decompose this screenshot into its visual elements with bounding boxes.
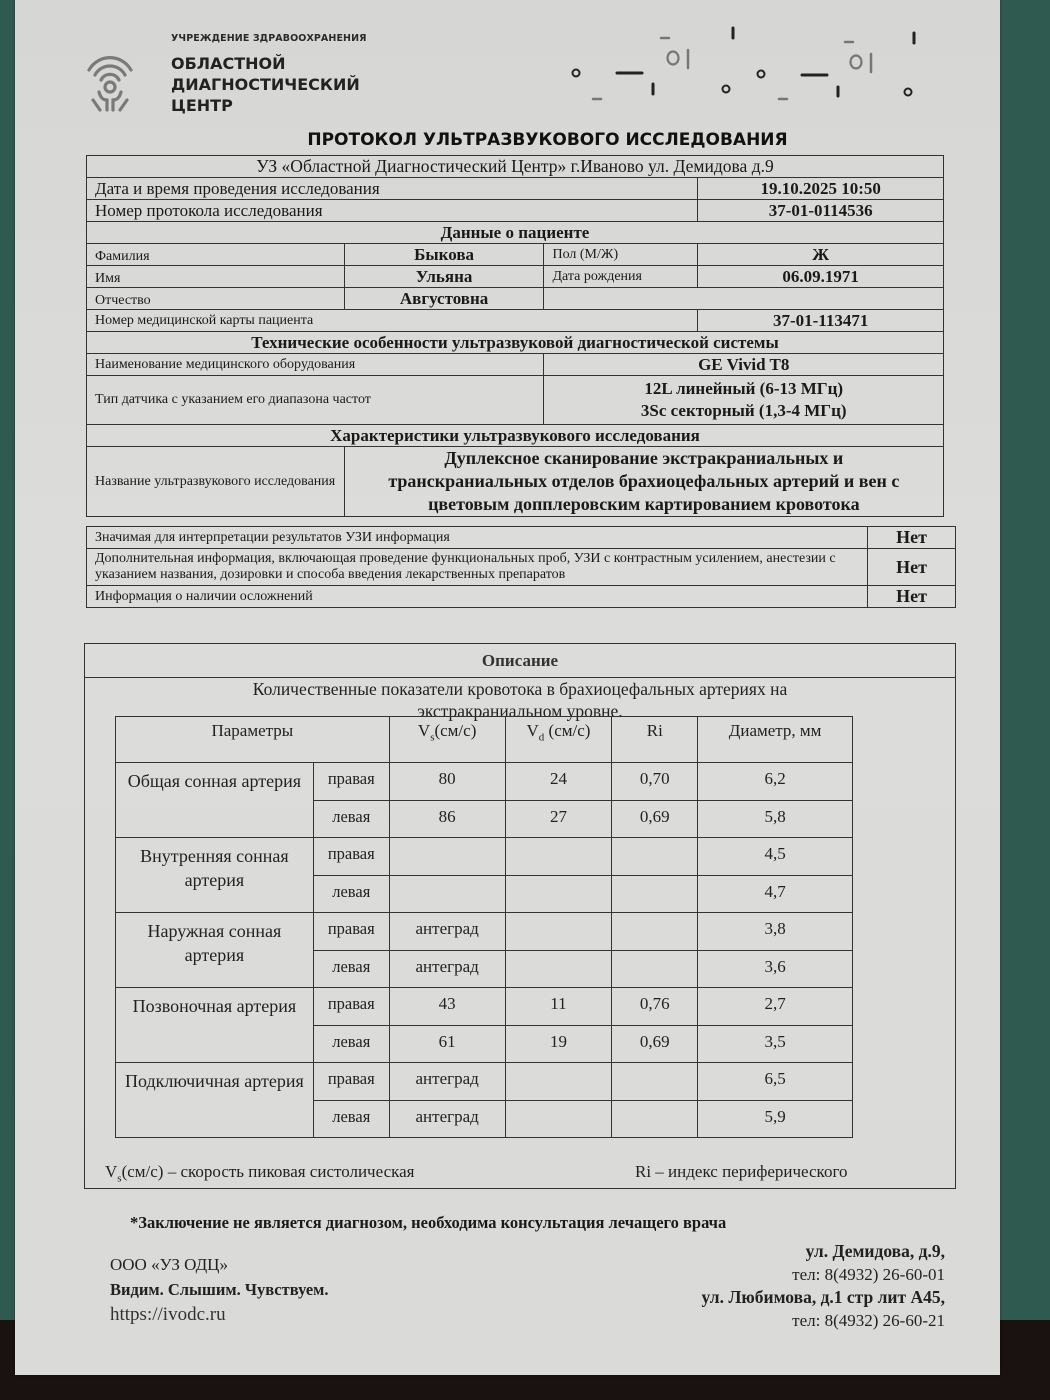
cell-side: правая [313, 988, 389, 1026]
study-name-value: Дуплексное сканирование экстракраниальны… [344, 447, 943, 517]
cell-vs: антеград [389, 913, 505, 951]
exam-datetime-row: Дата и время проведения исследования 19.… [87, 178, 944, 200]
tech-section-row: Технические особенности ультразвуковой д… [87, 332, 944, 354]
signal-waves-person-icon [85, 48, 135, 118]
cell-side: левая [313, 1025, 389, 1063]
table-row: Общая сонная артерияправая80240,706,2 [116, 763, 853, 801]
additional-info-row: Дополнительная информация, включающая пр… [87, 549, 956, 586]
cell-ri: 0,70 [612, 763, 698, 801]
cell-diameter: 5,8 [698, 800, 853, 838]
significant-info-row: Значимая для интерпретации результатов У… [87, 527, 956, 549]
study-name-label: Название ультразвукового исследования [87, 447, 345, 517]
cell-vs: 80 [389, 763, 505, 801]
protocol-number-label: Номер протокола исследования [87, 200, 698, 222]
sex-value: Ж [698, 244, 944, 266]
surname-value: Быкова [344, 244, 544, 266]
cell-side: правая [313, 838, 389, 876]
significant-info-label: Значимая для интерпретации результатов У… [87, 527, 868, 549]
exam-datetime-label: Дата и время проведения исследования [87, 178, 698, 200]
company-name: ООО «УЗ ОДЦ» [110, 1252, 329, 1277]
cell-ri [612, 1063, 698, 1101]
probe-label: Тип датчика с указанием его диапазона ча… [87, 376, 544, 425]
cell-diameter: 6,5 [698, 1063, 853, 1101]
artery-name: Общая сонная артерия [116, 763, 314, 838]
header-ri: Ri [612, 717, 698, 763]
cell-ri: 0,69 [612, 1025, 698, 1063]
cell-vd [505, 1063, 612, 1101]
cell-vs: антеград [389, 1063, 505, 1101]
cell-vd: 24 [505, 763, 612, 801]
protocol-number-value: 37-01-0114536 [698, 200, 944, 222]
company-website-link[interactable]: https://ivodc.ru [110, 1302, 329, 1327]
address-2: ул. Любимова, д.1 стр лит А45, [701, 1286, 945, 1309]
cell-side: правая [313, 913, 389, 951]
institution-row: УЗ «Областной Диагностический Центр» г.И… [87, 156, 944, 178]
cell-diameter: 2,7 [698, 988, 853, 1026]
cell-vs: антеград [389, 1100, 505, 1138]
blood-flow-header-row: Параметры Vs(см/с) Vd (см/с) Ri Диаметр,… [116, 717, 853, 763]
cell-side: правая [313, 763, 389, 801]
name-label: Имя [87, 266, 345, 288]
cell-vd [505, 838, 612, 876]
address-1: ул. Демидова, д.9, [701, 1240, 945, 1263]
patronymic-row: Отчество Августовна [87, 288, 944, 310]
table-row: Внутренняя сонная артерияправая4,5 [116, 838, 853, 876]
cell-vs: 86 [389, 800, 505, 838]
cell-ri: 0,69 [612, 800, 698, 838]
cell-vd [505, 950, 612, 988]
cell-vd [505, 913, 612, 951]
header-vd: Vd (см/с) [505, 717, 612, 763]
artery-name: Внутренняя сонная артерия [116, 838, 314, 913]
equipment-value: GE Vivid T8 [544, 354, 944, 376]
artery-name: Позвоночная артерия [116, 988, 314, 1063]
company-slogan: Видим. Слышим. Чувствуем. [110, 1277, 329, 1302]
equipment-label: Наименование медицинского оборудования [87, 354, 544, 376]
patient-section-row: Данные о пациенте [87, 222, 944, 244]
study-name-row: Название ультразвукового исследования Ду… [87, 447, 944, 517]
cell-vd [505, 875, 612, 913]
probe-linear: 12L линейный (6-13 МГц) [552, 378, 935, 400]
cell-ri [612, 1100, 698, 1138]
complications-value: Нет [868, 586, 956, 608]
legend-ri: Ri – индекс периферического [635, 1162, 848, 1182]
complications-row: Информация о наличии осложнений Нет [87, 586, 956, 608]
card-number-label: Номер медицинской карты пациента [87, 310, 698, 332]
cell-diameter: 4,5 [698, 838, 853, 876]
circles-and-dashes-pattern [560, 20, 930, 110]
cell-diameter: 3,6 [698, 950, 853, 988]
phone-2: тел: 8(4932) 26-60-21 [701, 1309, 945, 1332]
cell-vd [505, 1100, 612, 1138]
cell-side: правая [313, 1063, 389, 1101]
table-row: Наружная сонная артерияправаяантеград3,8 [116, 913, 853, 951]
legend-vs: Vs(см/с) – скорость пиковая систолическа… [105, 1162, 415, 1181]
org-type-label: УЧРЕЖДЕНИЕ ЗДРАВООХРАНЕНИЯ [171, 33, 367, 44]
cell-side: левая [313, 800, 389, 838]
patronymic-label: Отчество [87, 288, 345, 310]
dob-label: Дата рождения [544, 266, 698, 288]
institution-name: УЗ «Областной Диагностический Центр» г.И… [87, 156, 944, 178]
cell-side: левая [313, 1100, 389, 1138]
cell-ri [612, 913, 698, 951]
surname-row: Фамилия Быкова Пол (М/Ж) Ж [87, 244, 944, 266]
study-section-header: Характеристики ультразвукового исследова… [87, 425, 944, 447]
cell-vd: 11 [505, 988, 612, 1026]
surname-label: Фамилия [87, 244, 345, 266]
equipment-row: Наименование медицинского оборудования G… [87, 354, 944, 376]
tech-section-header: Технические особенности ультразвуковой д… [87, 332, 944, 354]
cell-diameter: 3,8 [698, 913, 853, 951]
cell-vd: 19 [505, 1025, 612, 1063]
cell-ri [612, 950, 698, 988]
empty-cell [544, 288, 944, 310]
footer-company: ООО «УЗ ОДЦ» Видим. Слышим. Чувствуем. h… [110, 1252, 329, 1327]
cell-diameter: 6,2 [698, 763, 853, 801]
document-title: ПРОТОКОЛ УЛЬТРАЗВУКОВОГО ИССЛЕДОВАНИЯ [0, 130, 1050, 150]
cell-ri [612, 838, 698, 876]
card-number-value: 37-01-113471 [698, 310, 944, 332]
cell-diameter: 4,7 [698, 875, 853, 913]
protocol-info-table: УЗ «Областной Диагностический Центр» г.И… [86, 155, 944, 517]
cell-ri [612, 875, 698, 913]
cell-vs [389, 875, 505, 913]
cell-vd: 27 [505, 800, 612, 838]
cell-vs: 43 [389, 988, 505, 1026]
header-params: Параметры [116, 717, 390, 763]
artery-name: Подключичная артерия [116, 1063, 314, 1138]
cell-vs [389, 838, 505, 876]
description-section: Описание Количественные показатели крово… [84, 643, 956, 1189]
footer-contacts: ул. Демидова, д.9, тел: 8(4932) 26-60-01… [701, 1240, 945, 1332]
additional-info-table: Значимая для интерпретации результатов У… [86, 526, 956, 608]
exam-datetime-value: 19.10.2025 10:50 [698, 178, 944, 200]
complications-label: Информация о наличии осложнений [87, 586, 868, 608]
cell-diameter: 5,9 [698, 1100, 853, 1138]
card-number-row: Номер медицинской карты пациента 37-01-1… [87, 310, 944, 332]
header-vs: Vs(см/с) [389, 717, 505, 763]
cell-diameter: 3,5 [698, 1025, 853, 1063]
artery-name: Наружная сонная артерия [116, 913, 314, 988]
cell-ri: 0,76 [612, 988, 698, 1026]
patronymic-value: Августовна [344, 288, 544, 310]
protocol-number-row: Номер протокола исследования 37-01-01145… [87, 200, 944, 222]
name-value: Ульяна [344, 266, 544, 288]
disclaimer: *Заключение не является диагнозом, необх… [130, 1213, 726, 1233]
description-title: Описание [85, 644, 955, 678]
cell-side: левая [313, 950, 389, 988]
header-diameter: Диаметр, мм [698, 717, 853, 763]
cell-vs: 61 [389, 1025, 505, 1063]
study-section-row: Характеристики ультразвукового исследова… [87, 425, 944, 447]
cell-side: левая [313, 875, 389, 913]
blood-flow-table: Параметры Vs(см/с) Vd (см/с) Ri Диаметр,… [115, 716, 853, 1138]
probe-row: Тип датчика с указанием его диапазона ча… [87, 376, 944, 425]
cell-vs: антеград [389, 950, 505, 988]
additional-info-label: Дополнительная информация, включающая пр… [87, 549, 868, 586]
significant-info-value: Нет [868, 527, 956, 549]
additional-info-value: Нет [868, 549, 956, 586]
probe-sector: 3Sc секторный (1,3-4 МГц) [552, 400, 935, 422]
dob-value: 06.09.1971 [698, 266, 944, 288]
org-name: ОБЛАСТНОЙ ДИАГНОСТИЧЕСКИЙ ЦЕНТР [171, 53, 360, 116]
legend: Vs(см/с) – скорость пиковая систолическа… [105, 1162, 955, 1184]
patient-section-header: Данные о пациенте [87, 222, 944, 244]
probe-value: 12L линейный (6-13 МГц) 3Sc секторный (1… [544, 376, 944, 425]
phone-1: тел: 8(4932) 26-60-01 [701, 1263, 945, 1286]
name-row: Имя Ульяна Дата рождения 06.09.1971 [87, 266, 944, 288]
table-row: Позвоночная артерияправая43110,762,7 [116, 988, 853, 1026]
sex-label: Пол (М/Ж) [544, 244, 698, 266]
table-row: Подключичная артерияправаяантеград6,5 [116, 1063, 853, 1101]
